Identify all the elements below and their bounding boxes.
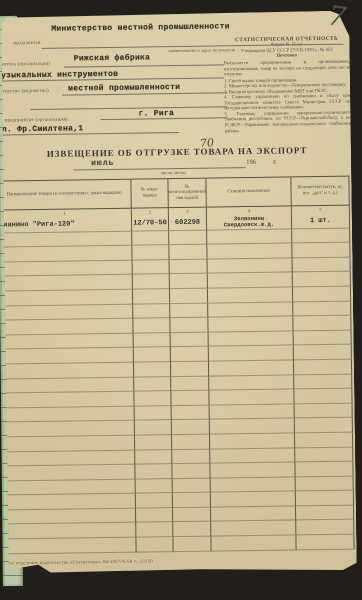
row1-cell-4: ЗелвониныСвердловск.ж.д.	[207, 214, 292, 230]
col-header-4: Станция назначения	[206, 176, 291, 207]
shipper-value-1: Рижская фабрика	[74, 53, 151, 63]
empty-cell-r17-c3	[172, 464, 210, 479]
empty-cell-r3-c4	[208, 258, 293, 274]
col-header-5: Количество (штук, кг, пог. „дал" и т. д.…	[291, 176, 349, 207]
empty-cell-r21-c3	[173, 522, 211, 537]
empty-cell-r5-c5	[293, 287, 351, 302]
empty-cell-r7-c2	[133, 318, 170, 333]
empty-cell-r18-c5	[296, 476, 354, 491]
empty-cell-r1-c4	[207, 229, 292, 245]
empty-cell-r7-c5	[293, 316, 351, 331]
empty-cell-r14-c4	[210, 419, 295, 435]
shipment-table: Наименование товара (в соответствии с за…	[0, 176, 355, 555]
empty-cell-r12-c2	[134, 391, 171, 406]
recipient-label: высылается	[13, 41, 40, 46]
empty-cell-r16-c4	[210, 448, 295, 464]
empty-cell-r2-c5	[292, 243, 350, 258]
row1-cell-5: 1 шт.	[292, 214, 350, 229]
empty-cell-r20-c2	[136, 508, 173, 523]
empty-cell-r22-c1	[2, 538, 136, 554]
empty-cell-r10-c2	[134, 362, 171, 377]
city-underline	[101, 117, 228, 120]
empty-cell-r16-c3	[172, 449, 210, 464]
empty-cell-r2-c3	[169, 245, 207, 260]
statistical-block: СТАТИСТИЧЕСКАЯ ОТЧЕТНОСТЬ Форма № 15-сн …	[223, 36, 350, 135]
empty-cell-r21-c5	[296, 520, 354, 535]
empty-cell-r10-c4	[209, 360, 294, 376]
empty-cell-r4-c2	[133, 275, 170, 290]
empty-cell-r14-c3	[172, 420, 210, 435]
empty-cell-r15-c3	[172, 434, 210, 449]
empty-cell-r8-c5	[294, 330, 352, 345]
empty-cell-r6-c2	[133, 304, 170, 319]
empty-cell-r20-c4	[211, 506, 296, 522]
empty-cell-r15-c5	[295, 432, 353, 447]
month-stamp: июль	[91, 159, 114, 168]
empty-cell-r11-c2	[134, 377, 171, 392]
empty-cell-r11-c3	[171, 376, 209, 391]
empty-cell-r9-c4	[209, 346, 294, 362]
empty-cell-r1-c5	[292, 228, 350, 243]
scan-background: Министерство местной промышленности высы…	[0, 0, 362, 600]
print-footer: ское отделение издательства «Статистика»…	[5, 558, 153, 565]
empty-cell-r9-c3	[171, 347, 209, 362]
empty-cell-r21-c4	[211, 521, 296, 537]
empty-cell-r2-c2	[132, 245, 169, 260]
empty-cell-r4-c4	[208, 273, 293, 289]
empty-cell-r3-c5	[293, 257, 351, 272]
empty-cell-r18-c2	[136, 479, 173, 494]
empty-cell-r5-c2	[133, 289, 170, 304]
enterprise-label: предприятие (организация)	[5, 118, 68, 124]
col-header-3: № железнодорожной накладной	[168, 178, 206, 209]
empty-cell-r6-c4	[208, 302, 293, 318]
empty-cell-r20-c3	[173, 507, 211, 522]
ministry-label: министерство (ведомство)	[0, 89, 49, 95]
handwritten-year: 70	[199, 136, 214, 150]
empty-cell-r13-c5	[295, 403, 353, 418]
empty-cell-r8-c3	[171, 332, 209, 347]
recipient-value: Министерство местной промышленности	[51, 22, 230, 33]
empty-cell-r13-c3	[172, 405, 210, 420]
col-header-2: № заказ-наряда	[131, 178, 168, 209]
empty-cell-r22-c4	[211, 535, 296, 551]
export-notice-form: Министерство местной промышленности высы…	[1, 11, 357, 577]
empty-cell-r10-c5	[294, 360, 352, 375]
empty-cell-r12-c4	[209, 390, 294, 406]
row1-cell-3: 602298	[169, 216, 207, 231]
empty-cell-r17-c2	[135, 464, 172, 479]
empty-cell-r19-c4	[211, 492, 296, 508]
col-header-1: Наименование товара (в соответствии с за…	[0, 179, 132, 211]
empty-cell-r20-c5	[296, 505, 354, 520]
year-printed: 196	[246, 159, 256, 166]
empty-cell-r11-c5	[294, 374, 352, 389]
shipper-underline-1	[64, 64, 224, 67]
instructions-paragraph: Высылается предприятиями и организациями…	[224, 60, 350, 78]
empty-cell-r15-c2	[135, 435, 172, 450]
empty-cell-r22-c3	[173, 537, 211, 552]
empty-cell-r8-c2	[134, 333, 171, 348]
empty-cell-r22-c2	[136, 537, 173, 552]
empty-cell-r17-c5	[295, 462, 353, 477]
empty-cell-r3-c2	[133, 260, 170, 275]
empty-cell-r12-c5	[294, 389, 352, 404]
empty-cell-r22-c5	[296, 535, 354, 550]
empty-cell-r19-c2	[136, 493, 173, 508]
empty-cell-r10-c3	[171, 362, 209, 377]
instruction-item-5: 5. Главному управлению материально-техни…	[224, 111, 350, 135]
empty-cell-r3-c3	[170, 259, 208, 274]
empty-cell-r4-c5	[293, 272, 351, 287]
empty-cell-r4-c3	[170, 274, 208, 289]
empty-cell-r6-c3	[170, 303, 208, 318]
empty-cell-r5-c3	[170, 289, 208, 304]
empty-cell-r18-c4	[211, 477, 296, 493]
row1-cell-2: 12/70-50	[132, 216, 169, 231]
empty-cell-r17-c4	[210, 462, 295, 478]
empty-cell-r16-c5	[295, 447, 353, 462]
empty-cell-r21-c2	[136, 523, 173, 538]
empty-cell-r6-c5	[293, 301, 351, 316]
empty-cell-r1-c3	[169, 230, 207, 245]
empty-cell-r16-c2	[135, 450, 172, 465]
empty-cell-r2-c4	[207, 244, 292, 260]
empty-cell-r5-c4	[208, 287, 293, 303]
handwritten-page-number: 7	[326, 0, 357, 38]
form-title: ИЗВЕЩЕНИЕ ОБ ОТГРУЗКЕ ТОВАРА НА ЭКСПОРТ	[3, 145, 351, 160]
ministry-value: местной промышленности	[68, 83, 180, 94]
city-value: г. Рига	[138, 109, 174, 118]
date-caption: число, месяц	[113, 169, 233, 176]
empty-cell-r13-c4	[210, 404, 295, 420]
empty-cell-r19-c3	[173, 493, 211, 508]
instruction-item-4: 4. Главному управлению по снабжению и сб…	[224, 94, 350, 112]
shipper-label: отправитель (организация)	[0, 62, 50, 68]
empty-cell-r12-c3	[171, 391, 209, 406]
empty-cell-r11-c4	[209, 375, 294, 391]
empty-cell-r13-c2	[135, 406, 172, 421]
empty-cell-r14-c2	[135, 420, 172, 435]
empty-cell-r14-c5	[295, 418, 353, 433]
empty-cell-r7-c3	[170, 318, 208, 333]
instructions-list: 1. Своей вышестоящей организации.2. Мини…	[224, 77, 351, 134]
empty-cell-r18-c3	[173, 478, 211, 493]
empty-cell-r9-c2	[134, 347, 171, 362]
empty-cell-r7-c4	[208, 317, 293, 333]
year-suffix: г.	[273, 159, 277, 166]
blank-underline	[30, 106, 227, 110]
empty-cell-r19-c5	[296, 491, 354, 506]
empty-cell-r1-c2	[132, 231, 169, 246]
empty-cell-r8-c4	[209, 331, 294, 347]
empty-cell-r9-c5	[294, 345, 352, 360]
empty-cell-r15-c4	[210, 433, 295, 449]
